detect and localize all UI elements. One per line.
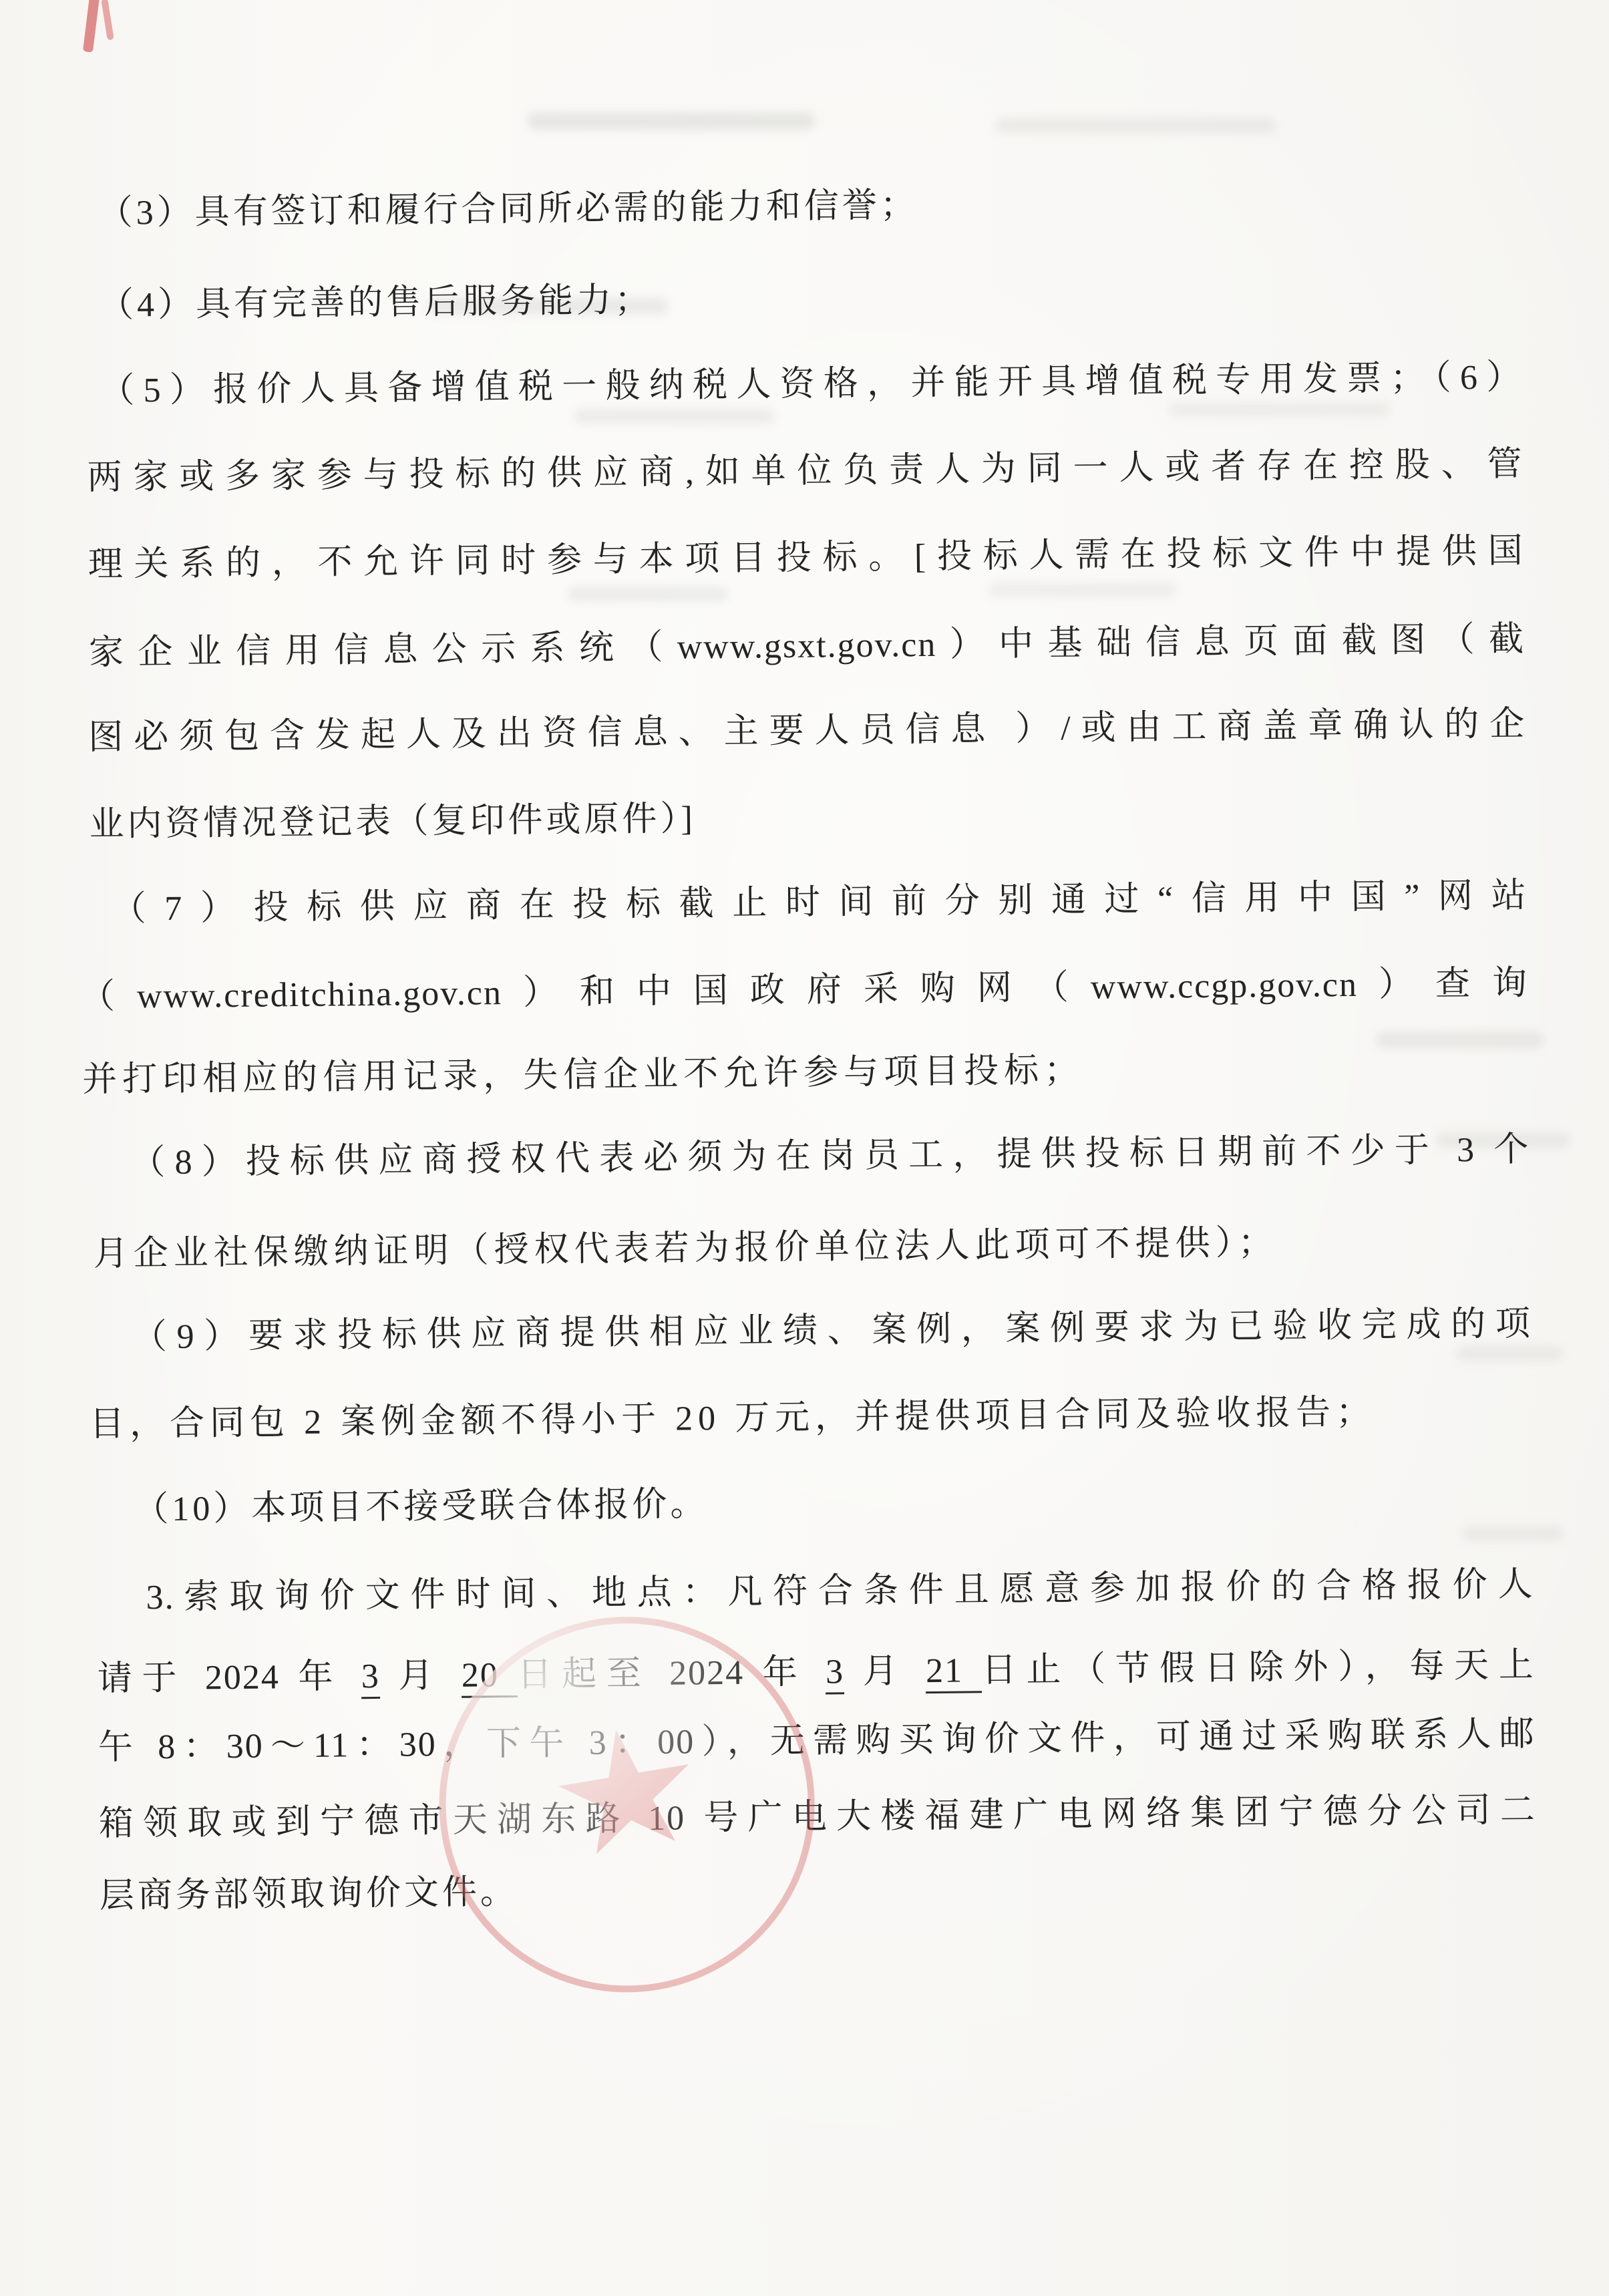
line-text: 图必须包含发起人及出资信息、主要人员信息 ）/或由工商盖章确认的企 [88, 705, 1526, 757]
doc-line: 并打印相应的信用记录，失信企业不允许参与项目投标； [82, 1046, 1085, 1105]
doc-line-dates: 请于 2024 年 3 月 20 日起至 2024 年 3 月 21 日止（节假… [97, 1641, 1535, 1704]
line-text: 层商务部领取询价文件。 [100, 1873, 519, 1915]
doc-line: 业内资情况登记表（复印件或原件）] [89, 794, 696, 850]
line-text: 月企业社保缴纳证明（授权代表若为报价单位法人此项可不提供）； [93, 1224, 1278, 1273]
doc-line-item9: （9）要求投标供应商提供相应业绩、案例，案例要求为已验收完成的项 [132, 1299, 1532, 1362]
doc-line-item10: （10）本项目不接受联合体报价。 [134, 1480, 709, 1534]
underlined-day: 20 [462, 1656, 518, 1698]
line-text: （8）投标供应商授权代表必须为在岗员工，提供投标日期前不少于 3 个 [130, 1130, 1530, 1182]
line-text: 月 [380, 1657, 462, 1695]
line-text: 业内资情况登记表（复印件或原件）] [89, 800, 696, 844]
doc-line: 目，合同包 2 案例金额不得小于 20 万元，并提供项目合同及验收报告； [90, 1388, 1377, 1450]
line-text: 并打印相应的信用记录，失信企业不允许参与项目投标； [82, 1051, 1084, 1099]
line-text: 箱领取或到宁德市天湖东路 10 号广电大楼福建广电网络集团宁德分公司二 [99, 1791, 1536, 1843]
doc-line-item7: （7）投标供应商在投标截止时间前分别通过“信用中国”网站 [111, 871, 1528, 934]
line-text: 家企业信用信息公示系统（www.gsxt.gov.cn）中基础信息页面截图（截 [89, 620, 1525, 672]
line-text: （9）要求投标供应商提供相应业绩、案例，案例要求为已验收完成的项 [132, 1305, 1532, 1356]
doc-line-address: 箱领取或到宁德市天湖东路 10 号广电大楼福建广电网络集团宁德分公司二 [99, 1786, 1537, 1849]
doc-line-section3: 3.索取询价文件时间、地点：凡符合条件且愿意参加报价的合格报价人 [146, 1560, 1534, 1623]
doc-line-item4: （4）具有完善的售后服务能力； [99, 276, 653, 331]
line-text: 午 8：30～11：30，下午 3：00），无需购买询价文件，可通过采购联系人邮 [98, 1715, 1536, 1767]
line-text: （4）具有完善的售后服务能力； [99, 281, 653, 325]
line-text: 3.索取询价文件时间、地点：凡符合条件且愿意参加报价的合格报价人 [146, 1565, 1534, 1617]
doc-line-item8: （8）投标供应商授权代表必须为在岗员工，提供投标日期前不少于 3 个 [130, 1125, 1530, 1188]
underlined-day: 21 [926, 1651, 982, 1693]
line-text: （10）本项目不接受联合体报价。 [134, 1485, 709, 1528]
doc-line: 月企业社保缴纳证明（授权代表若为报价单位法人此项可不提供）； [93, 1218, 1278, 1279]
line-text: 日止（节假日除外），每天上 [981, 1646, 1534, 1689]
doc-line-hours: 午 8：30～11：30，下午 3：00），无需购买询价文件，可通过采购联系人邮 [98, 1709, 1536, 1773]
line-text: （www.creditchina.gov.cn）和中国政府采购网（www.ccg… [80, 964, 1528, 1016]
line-text: 日起至 2024 年 [517, 1653, 826, 1694]
doc-line-creditchina-url: （www.creditchina.gov.cn）和中国政府采购网（www.ccg… [80, 959, 1529, 1022]
doc-line: 层商务部领取询价文件。 [100, 1868, 519, 1921]
doc-line: 图必须包含发起人及出资信息、主要人员信息 ）/或由工商盖章确认的企 [88, 699, 1526, 763]
line-text: 理关系的，不允许同时参与本项目投标。[投标人需在投标文件中提供国 [88, 532, 1524, 584]
line-text: （7）投标供应商在投标截止时间前分别通过“信用中国”网站 [111, 876, 1527, 928]
line-text: 请于 2024 年 [98, 1657, 362, 1698]
doc-line-gsxt-url: 家企业信用信息公示系统（www.gsxt.gov.cn）中基础信息页面截图（截 [89, 615, 1526, 678]
line-text: 两家或多家参与投标的供应商,如单位负责人为同一人或者存在控股、管 [87, 445, 1523, 497]
doc-line-item3: （3）具有签订和履行合同所必需的能力和信誉； [98, 181, 918, 238]
line-text: （3）具有签订和履行合同所必需的能力和信誉； [98, 186, 918, 232]
line-text: 月 [844, 1652, 926, 1691]
document-text-layer: （3）具有签订和履行合同所必需的能力和信誉； （4）具有完善的售后服务能力； （… [0, 0, 1609, 2296]
doc-line: 理关系的，不允许同时参与本项目投标。[投标人需在投标文件中提供国 [87, 526, 1524, 590]
line-text: 目，合同包 2 案例金额不得小于 20 万元，并提供项目合同及验收报告； [90, 1393, 1376, 1444]
scanned-document-page: （3）具有签订和履行合同所必需的能力和信誉； （4）具有完善的售后服务能力； （… [0, 0, 1609, 2296]
line-text: （5）报价人具备增值税一般纳税人资格，并能开具增值税专用发票；（6） [100, 358, 1522, 409]
doc-line-item5-6: （5）报价人具备增值税一般纳税人资格，并能开具增值税专用发票；（6） [100, 353, 1523, 416]
underlined-month: 3 [361, 1657, 381, 1699]
doc-line: 两家或多家参与投标的供应商,如单位负责人为同一人或者存在控股、管 [87, 440, 1524, 503]
underlined-month: 3 [826, 1653, 845, 1694]
